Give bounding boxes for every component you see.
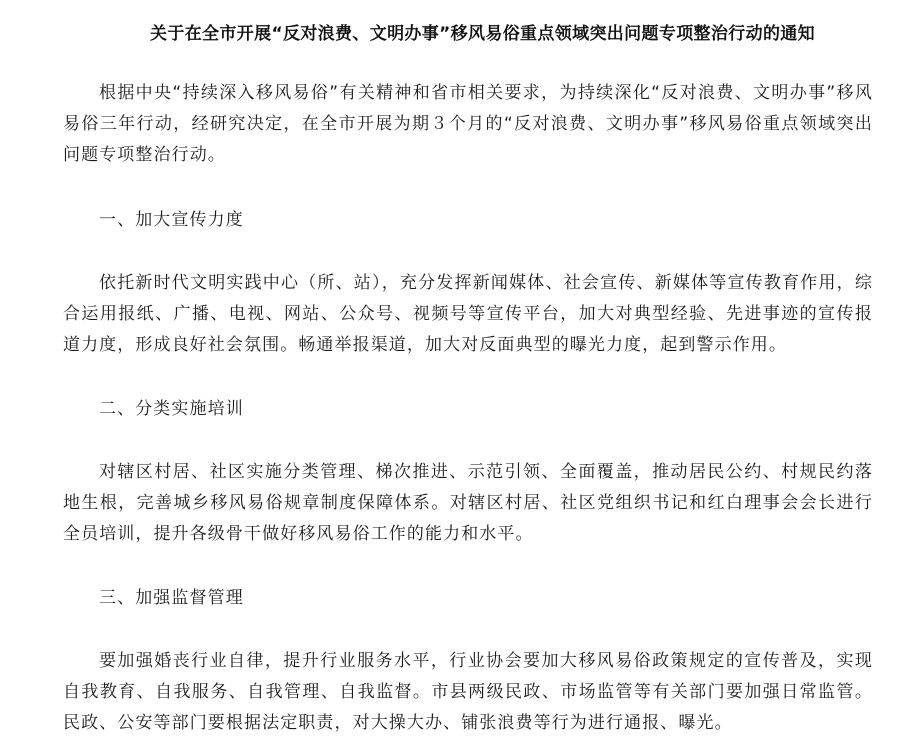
section-body-publicity: 依托新时代文明实践中心（所、站），充分发挥新闻媒体、社会宣传、新媒体等宣传教育作…: [63, 268, 873, 361]
section-heading-training: 二、分类实施培训: [99, 394, 244, 425]
section-body-supervision: 要加强婚丧行业自律，提升行业服务水平，行业协会要加大移风易俗政策规定的宣传普及，…: [63, 646, 873, 739]
document-title: 关于在全市开展“反对浪费、文明办事”移风易俗重点领域突出问题专项整治行动的通知: [150, 19, 815, 44]
section-heading-publicity: 一、加大宣传力度: [99, 205, 244, 236]
section-body-training: 对辖区村居、社区实施分类管理、梯次推进、示范引领、全面覆盖，推动居民公约、村规民…: [63, 457, 873, 550]
intro-paragraph: 根据中央“持续深入移风易俗”有关精神和省市相关要求，为持续深化“反对浪费、文明办…: [63, 78, 873, 171]
section-heading-supervision: 三、加强监督管理: [99, 583, 244, 614]
